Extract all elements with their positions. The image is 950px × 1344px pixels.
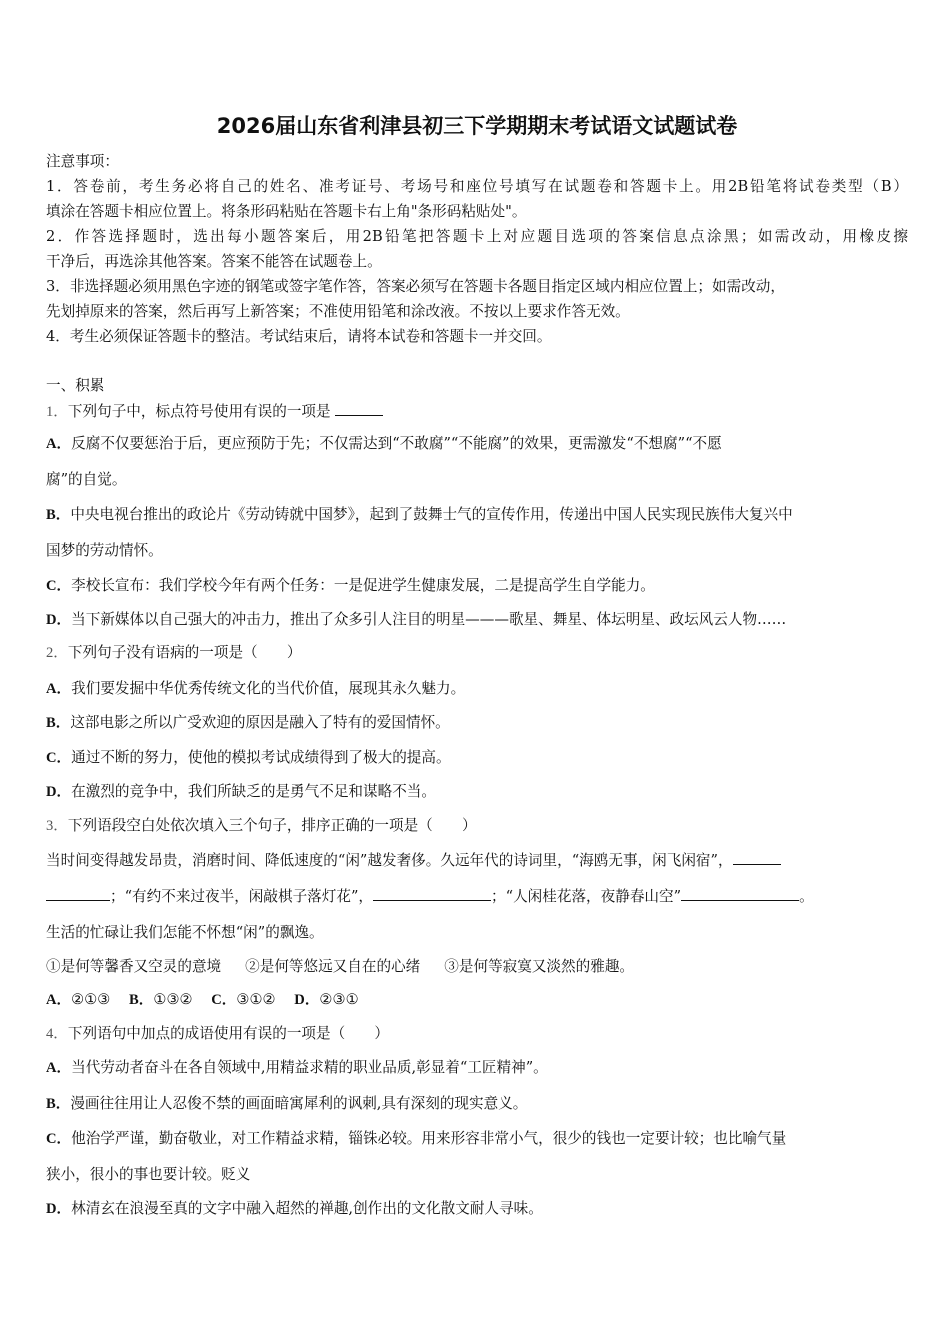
question-3-sentences: ①是何等馨香又空灵的意境②是何等悠远又自在的心绪③是何等寂寞又淡然的雅趣。 xyxy=(46,957,634,977)
question-4-option-c: C．他治学严谨，勤奋敬业，对工作精益求精，锱铢必较。用来形容非常小气，很少的钱也… xyxy=(46,1129,786,1149)
answer-blank-1 xyxy=(733,850,781,865)
question-2-stem: 2．下列句子没有语病的一项是（ ） xyxy=(46,643,301,663)
question-2-option-c: C．通过不断的努力，使他的模拟考试成绩得到了极大的提高。 xyxy=(46,748,451,768)
question-1-option-d: D．当下新媒体以自己强大的冲击力，推出了众多引人注目的明星———歌星、舞星、体坛… xyxy=(46,610,786,630)
notice-line-1: 1．答卷前，考生务必将自己的姓名、准考证号、考场号和座位号填写在试题卷和答题卡上… xyxy=(46,177,908,197)
question-text: 下列语段空白处依次填入三个句子，排序正确的一项是（ ） xyxy=(68,817,477,834)
notice-line-6: 先划掉原来的答案，然后再写上新答案；不准使用铅笔和涂改液。不按以上要求作答无效。 xyxy=(46,302,630,322)
question-1-option-b-cont: 国梦的劳动情怀。 xyxy=(46,541,163,561)
question-3-options: A．②①③ B．①③② C．③①② D．②③① xyxy=(46,990,359,1010)
answer-blank xyxy=(335,401,383,416)
question-1-option-a-cont: 腐”的自觉。 xyxy=(46,470,126,490)
notice-line-4: 干净后，再选涂其他答案。答案不能答在试题卷上。 xyxy=(46,252,382,272)
question-3-passage-line-3: 生活的忙碌让我们怎能不怀想“闲”的飘逸。 xyxy=(46,923,324,943)
question-3-stem: 3．下列语段空白处依次填入三个句子，排序正确的一项是（ ） xyxy=(46,816,477,836)
notice-line-5: 3．非选择题必须用黑色字迹的钢笔或签字笔作答，答案必须写在答题卡各题目指定区域内… xyxy=(46,277,785,297)
question-2-option-d: D．在激烈的竞争中，我们所缺乏的是勇气不足和谋略不当。 xyxy=(46,782,436,802)
question-4-stem: 4．下列语句中加点的成语使用有误的一项是（ ） xyxy=(46,1024,389,1044)
question-text: 下列句子中，标点符号使用有误的一项是 xyxy=(68,403,331,420)
page-title: 2026届山东省利津县初三下学期期末考试语文试题试卷 xyxy=(46,110,908,140)
notice-line-3: 2．作答选择题时，选出每小题答案后，用2B铅笔把答题卡上对应题目选项的答案信息点… xyxy=(46,227,908,247)
section-heading: 一、积累 xyxy=(46,376,104,396)
question-2-option-a: A．我们要发掘中华优秀传统文化的当代价值，展现其永久魅力。 xyxy=(46,679,465,699)
question-text: 下列句子没有语病的一项是（ ） xyxy=(68,644,302,661)
answer-blank-1-cont xyxy=(46,886,110,901)
question-4-option-b: B．漫画往往用让人忍俊不禁的画面暗寓犀利的讽刺,具有深刻的现实意义。 xyxy=(46,1094,527,1114)
question-number: 1． xyxy=(46,404,68,420)
question-4-option-d: D．林清玄在浪漫至真的文字中融入超然的禅趣,创作出的文化散文耐人寻味。 xyxy=(46,1199,543,1219)
question-4-option-c-cont: 狭小，很小的事也要计较。贬义 xyxy=(46,1165,250,1185)
answer-blank-2 xyxy=(373,886,491,901)
question-3-passage-line-1: 当时间变得越发昂贵，消磨时间、降低速度的“闲”越发奢侈。久远年代的诗词里，“海鸥… xyxy=(46,850,781,871)
question-number: 3． xyxy=(46,818,68,834)
answer-blank-3 xyxy=(681,886,799,901)
notice-line-2: 填涂在答题卡相应位置上。将条形码粘贴在答题卡右上角"条形码粘贴处"。 xyxy=(46,202,526,222)
notice-heading: 注意事项： xyxy=(46,152,119,172)
question-text: 下列语句中加点的成语使用有误的一项是（ ） xyxy=(68,1025,389,1042)
question-1-stem: 1．下列句子中，标点符号使用有误的一项是 xyxy=(46,401,383,422)
question-1-option-c: C．李校长宣布：我们学校今年有两个任务：一是促进学生健康发展，二是提高学生自学能… xyxy=(46,576,655,596)
question-2-option-b: B．这部电影之所以广受欢迎的原因是融入了特有的爱国情怀。 xyxy=(46,713,450,733)
question-1-option-a: A．反腐不仅要惩治于后，更应预防于先；不仅需达到“不敢腐”“不能腐”的效果，更需… xyxy=(46,434,722,454)
question-number: 2． xyxy=(46,645,68,661)
question-3-passage-line-2: ；“有约不来过夜半，闲敲棋子落灯花”，；“人闲桂花落，夜静春山空”。 xyxy=(46,886,814,907)
question-4-option-a: A．当代劳动者奋斗在各自领域中,用精益求精的职业品质,彰显着“工匠精神”。 xyxy=(46,1058,548,1078)
question-1-option-b: B．中央电视台推出的政论片《劳动铸就中国梦》，起到了鼓舞士气的宣传作用，传递出中… xyxy=(46,505,793,525)
question-number: 4． xyxy=(46,1026,68,1042)
notice-line-7: 4．考生必须保证答题卡的整洁。考试结束后，请将本试卷和答题卡一并交回。 xyxy=(46,327,551,347)
